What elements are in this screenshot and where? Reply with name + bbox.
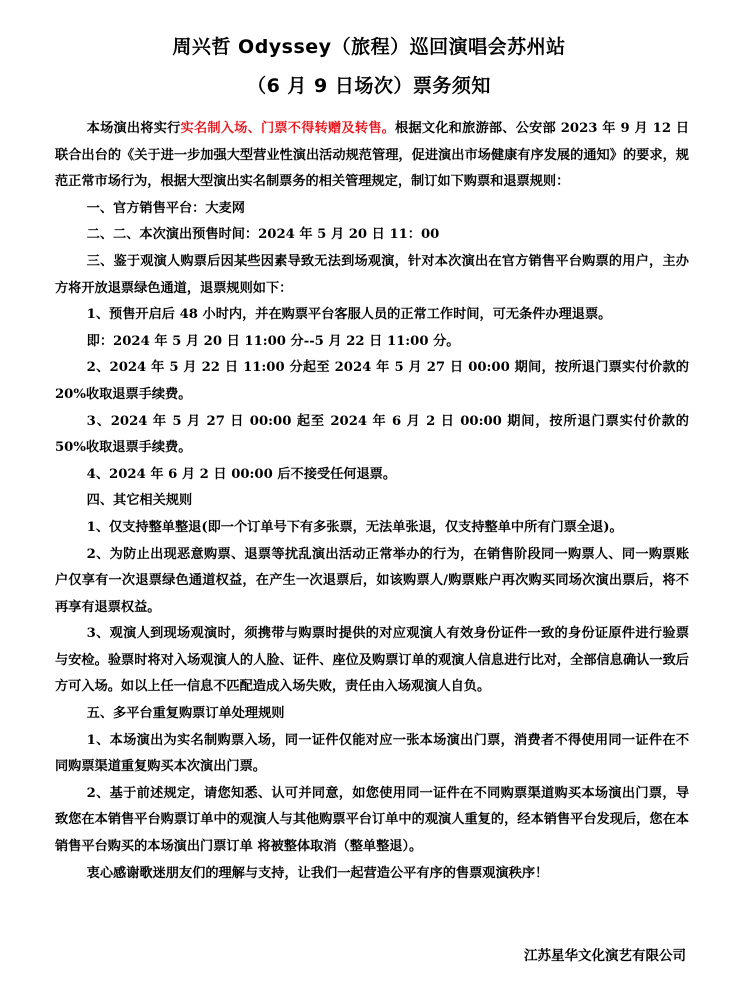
other-rule-3: 3、观演人到现场观演时，须携带与购票时提供的对应观演人有效身份证件一致的身份证原… xyxy=(55,621,689,701)
other-rule-1: 1、仅支持整单整退(即一个订单号下有多张票，无法单张退，仅支持整单中所有门票全退… xyxy=(55,515,689,542)
document-subtitle: （6 月 9 日场次）票务须知 xyxy=(0,71,738,98)
refund-rule-4: 4、2024 年 6 月 2 日 00:00 后不接受任何退票。 xyxy=(55,462,689,489)
real-name-highlight: 实名制入场、门票不得转赠及转售。 xyxy=(181,121,396,136)
intro-paragraph: 本场演出将实行实名制入场、门票不得转赠及转售。根据文化和旅游部、公安部 2023… xyxy=(55,116,689,196)
closing-thanks: 衷心感谢歌迷朋友们的理解与支持，让我们一起营造公平有序的售票观演秩序！ xyxy=(55,861,689,888)
section-other-rules: 四、其它相关规则 xyxy=(55,488,689,515)
presale-time: 二、二、本次演出预售时间：2024 年 5 月 20 日 11：00 xyxy=(55,222,689,249)
intro-prefix: 本场演出将实行 xyxy=(87,121,181,136)
ticket-notice-document: 周兴哲 Odyssey（旅程）巡回演唱会苏州站 （6 月 9 日场次）票务须知 … xyxy=(0,0,738,989)
refund-rule-1: 1、预售开启后 48 小时内，并在购票平台客服人员的正常工作时间，可无条件办理退… xyxy=(55,302,689,329)
refund-rule-3: 3、2024 年 5 月 27 日 00:00 起至 2024 年 6 月 2 … xyxy=(55,409,689,462)
multi-platform-rule-1: 1、本场演出为实名制购票入场，同一证件仅能对应一张本场演出门票，消费者不得使用同… xyxy=(55,728,689,781)
section-multi-platform: 五、多平台重复购票订单处理规则 xyxy=(55,701,689,728)
multi-platform-rule-2: 2、基于前述规定，请您知悉、认可并同意，如您使用同一证件在不同购票渠道购买本场演… xyxy=(55,781,689,861)
refund-section-intro: 三、鉴于观演人购票后因某些因素导致无法到场观演，针对本次演出在官方销售平台购票的… xyxy=(55,249,689,302)
company-signature: 江苏星华文化演艺有限公司 xyxy=(524,944,686,964)
other-rule-2: 2、为防止出现恶意购票、退票等扰乱演出活动正常举办的行为，在销售阶段同一购票人、… xyxy=(55,542,689,622)
refund-rule-2: 2、2024 年 5 月 22 日 11:00 分起至 2024 年 5 月 2… xyxy=(55,355,689,408)
refund-rule-1-period: 即：2024 年 5 月 20 日 11:00 分--5 月 22 日 11:0… xyxy=(55,329,689,356)
official-platform: 一、官方销售平台：大麦网 xyxy=(55,196,689,223)
document-title: 周兴哲 Odyssey（旅程）巡回演唱会苏州站 xyxy=(0,32,738,59)
document-body: 本场演出将实行实名制入场、门票不得转赠及转售。根据文化和旅游部、公安部 2023… xyxy=(55,116,689,887)
